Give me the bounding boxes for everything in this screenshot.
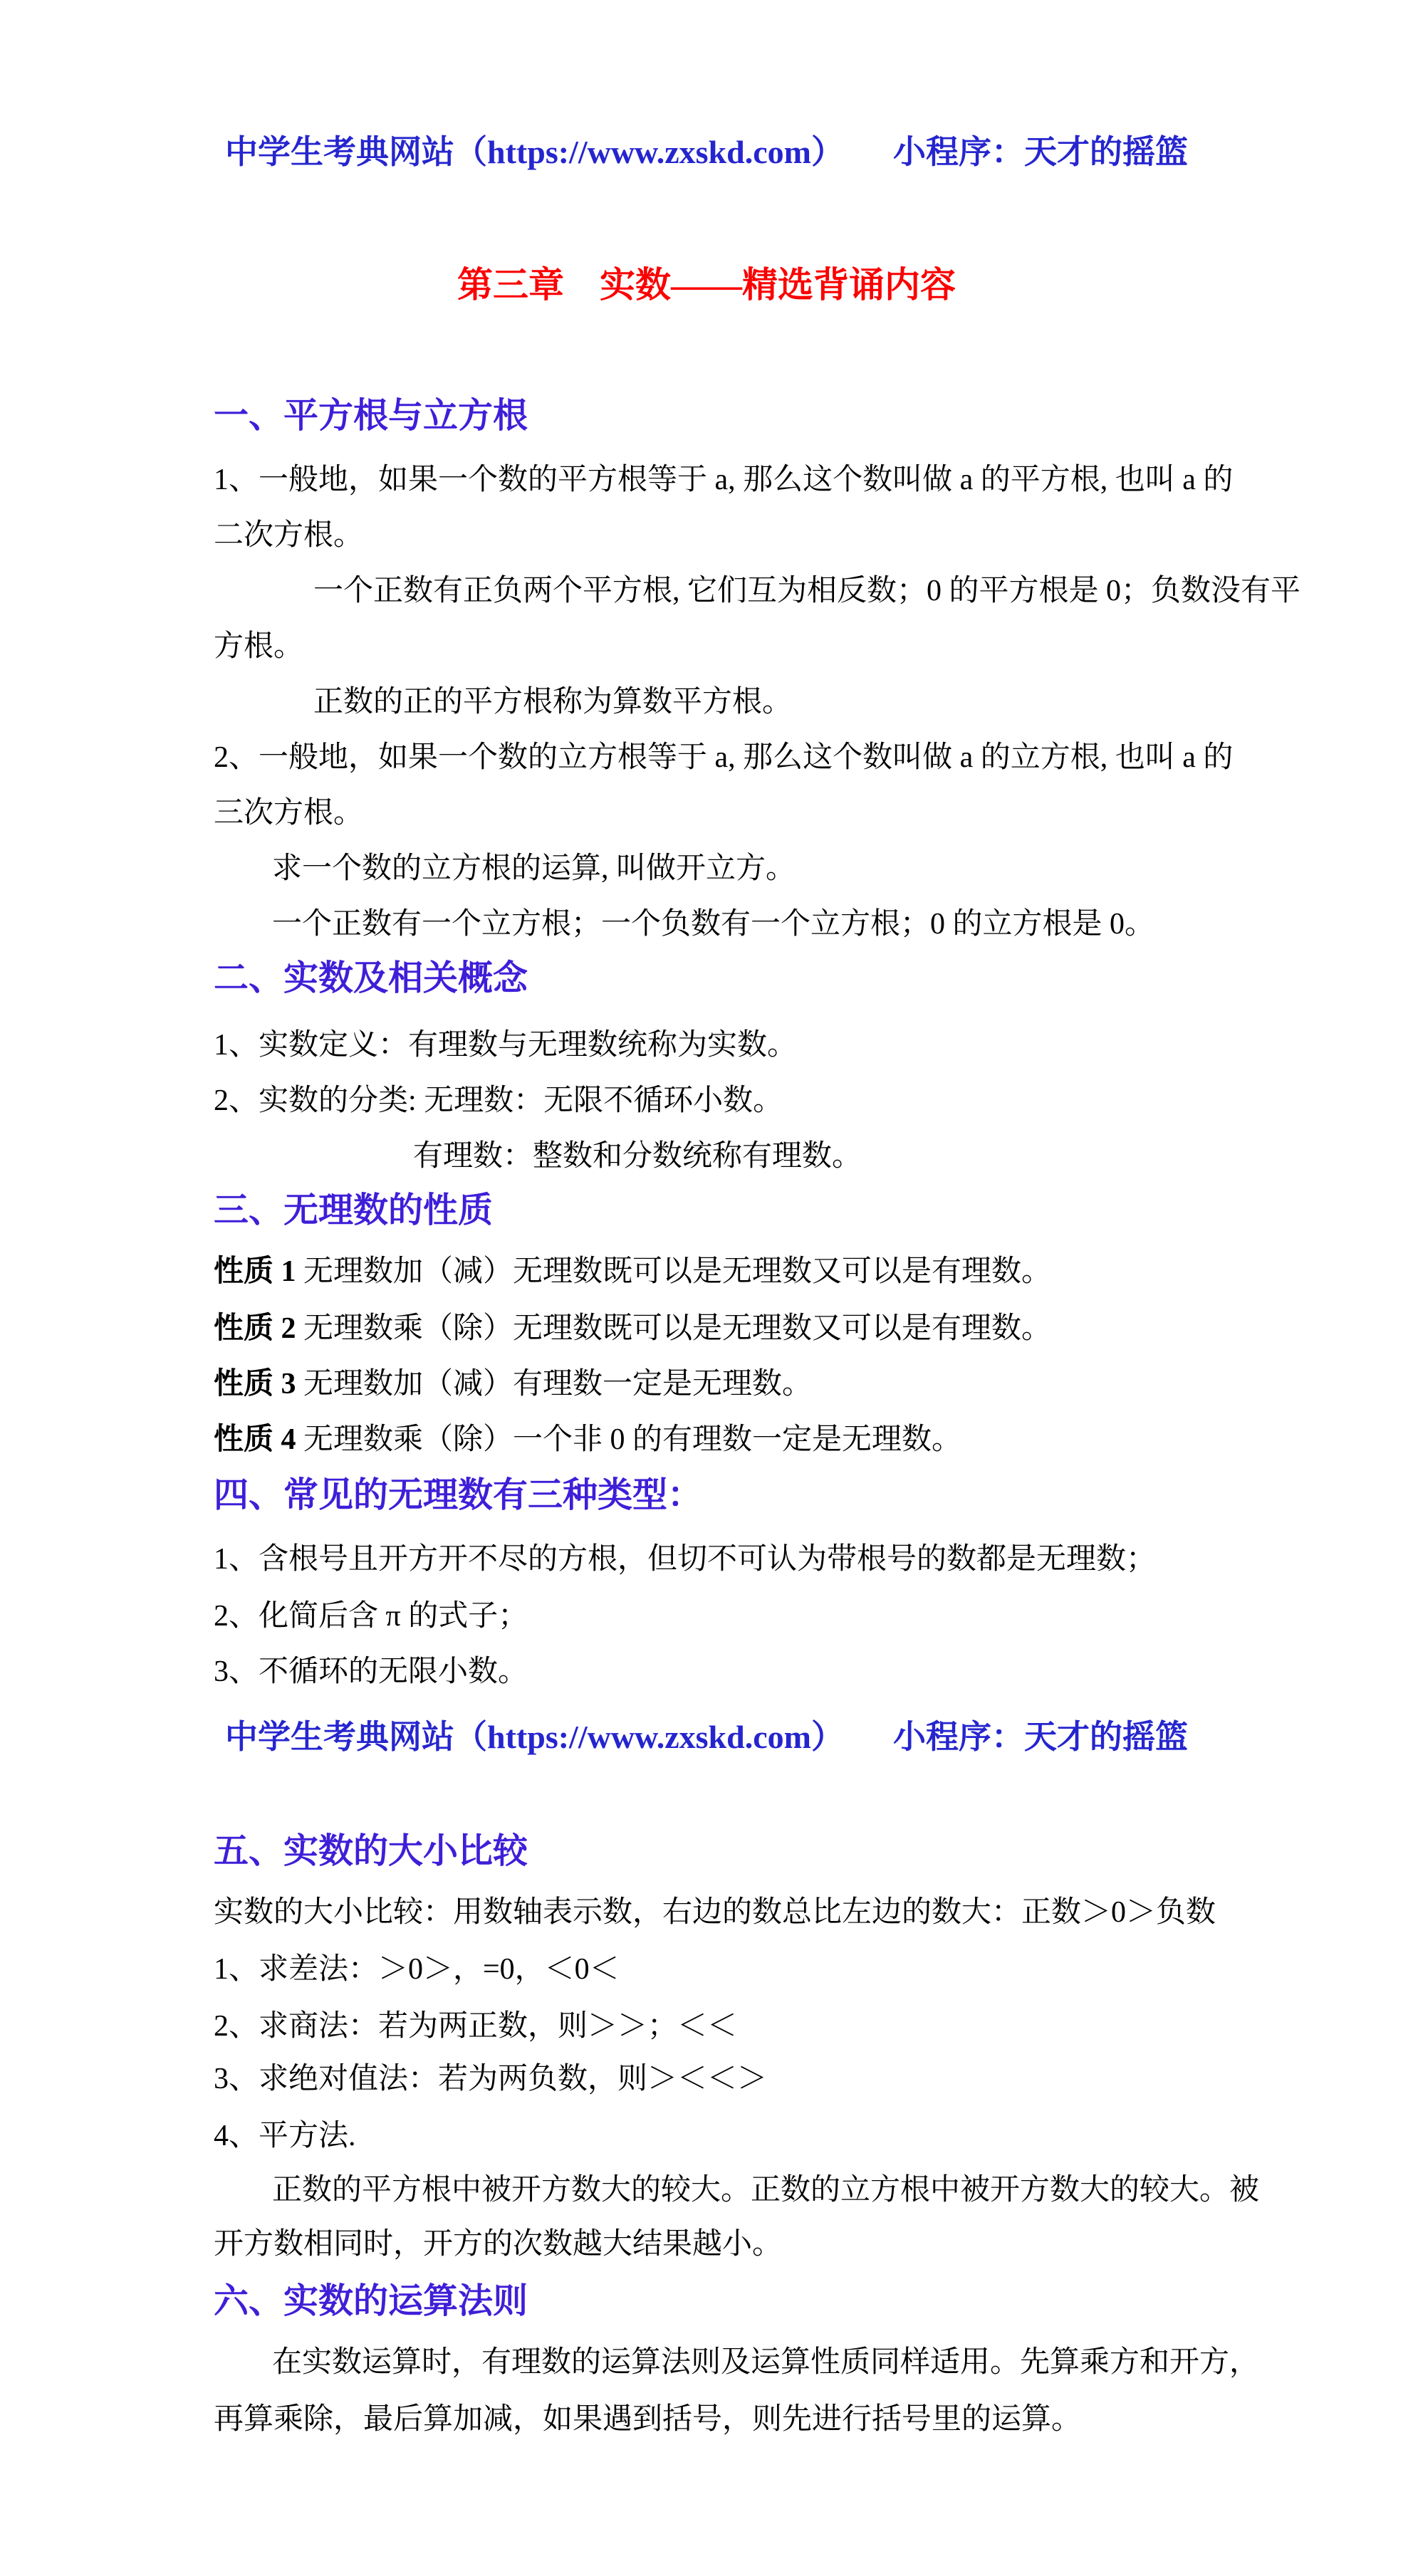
property-label: 性质 3 [214,1368,296,1400]
doc-line: 2、化简后含 π 的式子； [214,1596,1204,1636]
section-heading: 六、实数的运算法则 [214,2281,1204,2321]
section-heading: 二、实数及相关概念 [214,958,1204,998]
doc-line: 2、一般地，如果一个数的立方根等于 a, 那么这个数叫做 a 的立方根, 也叫 … [214,738,1204,777]
property-label: 性质 2 [214,1312,296,1345]
doc-line: 1、求差法：＞0＞，=0，＜0＜ [214,1949,1204,1989]
document-page: 中学生考典网站（https://www.zxskd.com） 小程序：天才的摇篮… [0,0,1413,2576]
doc-line: 一个正数有一个立方根；一个负数有一个立方根；0 的立方根是 0。 [214,904,1262,944]
property-label: 性质 4 [214,1423,296,1456]
doc-line: 方根。 [214,627,1204,666]
site-header-text: 中学生考典网站（https://www.zxskd.com） 小程序：天才的摇篮 [0,1717,1413,1757]
doc-line: 1、含根号且开方开不尽的方根，但切不可认为带根号的数都是无理数； [214,1539,1204,1579]
section-heading: 五、实数的大小比较 [214,1831,1204,1871]
doc-line: 一个正数有正负两个平方根, 它们互为相反数；0 的平方根是 0；负数没有平 [214,571,1303,611]
doc-line: 1、一般地，如果一个数的平方根等于 a, 那么这个数叫做 a 的平方根, 也叫 … [214,460,1204,500]
doc-line: 性质 3 无理数加（减）有理数一定是无理数。 [214,1364,1204,1404]
section-heading: 四、常见的无理数有三种类型： [214,1475,1204,1515]
doc-line: 再算乘除，最后算加减，如果遇到括号，则先进行括号里的运算。 [214,2399,1204,2439]
doc-line: 性质 2 无理数乘（除）无理数既可以是无理数又可以是有理数。 [214,1309,1204,1349]
doc-line: 1、实数定义：有理数与无理数统称为实数。 [214,1025,1204,1065]
site-header-text: 中学生考典网站（https://www.zxskd.com） 小程序：天才的摇篮 [0,132,1413,172]
property-text: 无理数乘（除）一个非 0 的有理数一定是无理数。 [296,1423,962,1456]
property-label: 性质 1 [214,1255,296,1288]
property-text: 无理数加（减）有理数一定是无理数。 [296,1368,813,1400]
doc-line: 正数的平方根中被开方数大的较大。正数的立方根中被开方数大的较大。被 [214,2170,1262,2210]
property-text: 无理数加（减）无理数既可以是无理数又可以是有理数。 [296,1255,1052,1288]
doc-line: 2、求商法：若为两正数，则＞＞；＜＜ [214,2006,1204,2046]
doc-line: 有理数：整数和分数统称有理数。 [214,1136,1403,1176]
doc-line: 4、平方法. [214,2116,1204,2156]
doc-line: 求一个数的立方根的运算, 叫做开立方。 [214,849,1262,889]
doc-line: 三次方根。 [214,793,1204,833]
doc-line: 在实数运算时，有理数的运算法则及运算性质同样适用。先算乘方和开方， [214,2342,1262,2382]
section-heading: 三、无理数的性质 [214,1190,1204,1230]
property-text: 无理数乘（除）无理数既可以是无理数又可以是有理数。 [296,1312,1052,1345]
doc-line: 开方数相同时，开方的次数越大结果越小。 [214,2224,1204,2264]
doc-line: 性质 4 无理数乘（除）一个非 0 的有理数一定是无理数。 [214,1420,1204,1460]
doc-line: 性质 1 无理数加（减）无理数既可以是无理数又可以是有理数。 [214,1252,1204,1292]
doc-line: 2、实数的分类: 无理数：无限不循环小数。 [214,1081,1204,1121]
chapter-title: 第三章 实数——精选背诵内容 [0,265,1413,305]
doc-line: 3、求绝对值法：若为两负数，则＞＜＜＞ [214,2059,1204,2099]
doc-line: 3、不循环的无限小数。 [214,1652,1204,1692]
doc-line: 二次方根。 [214,515,1204,555]
section-heading: 一、平方根与立方根 [214,396,1204,436]
doc-line: 实数的大小比较：用数轴表示数，右边的数总比左边的数大：正数＞0＞负数 [214,1892,1204,1932]
doc-line: 正数的正的平方根称为算数平方根。 [214,682,1303,722]
